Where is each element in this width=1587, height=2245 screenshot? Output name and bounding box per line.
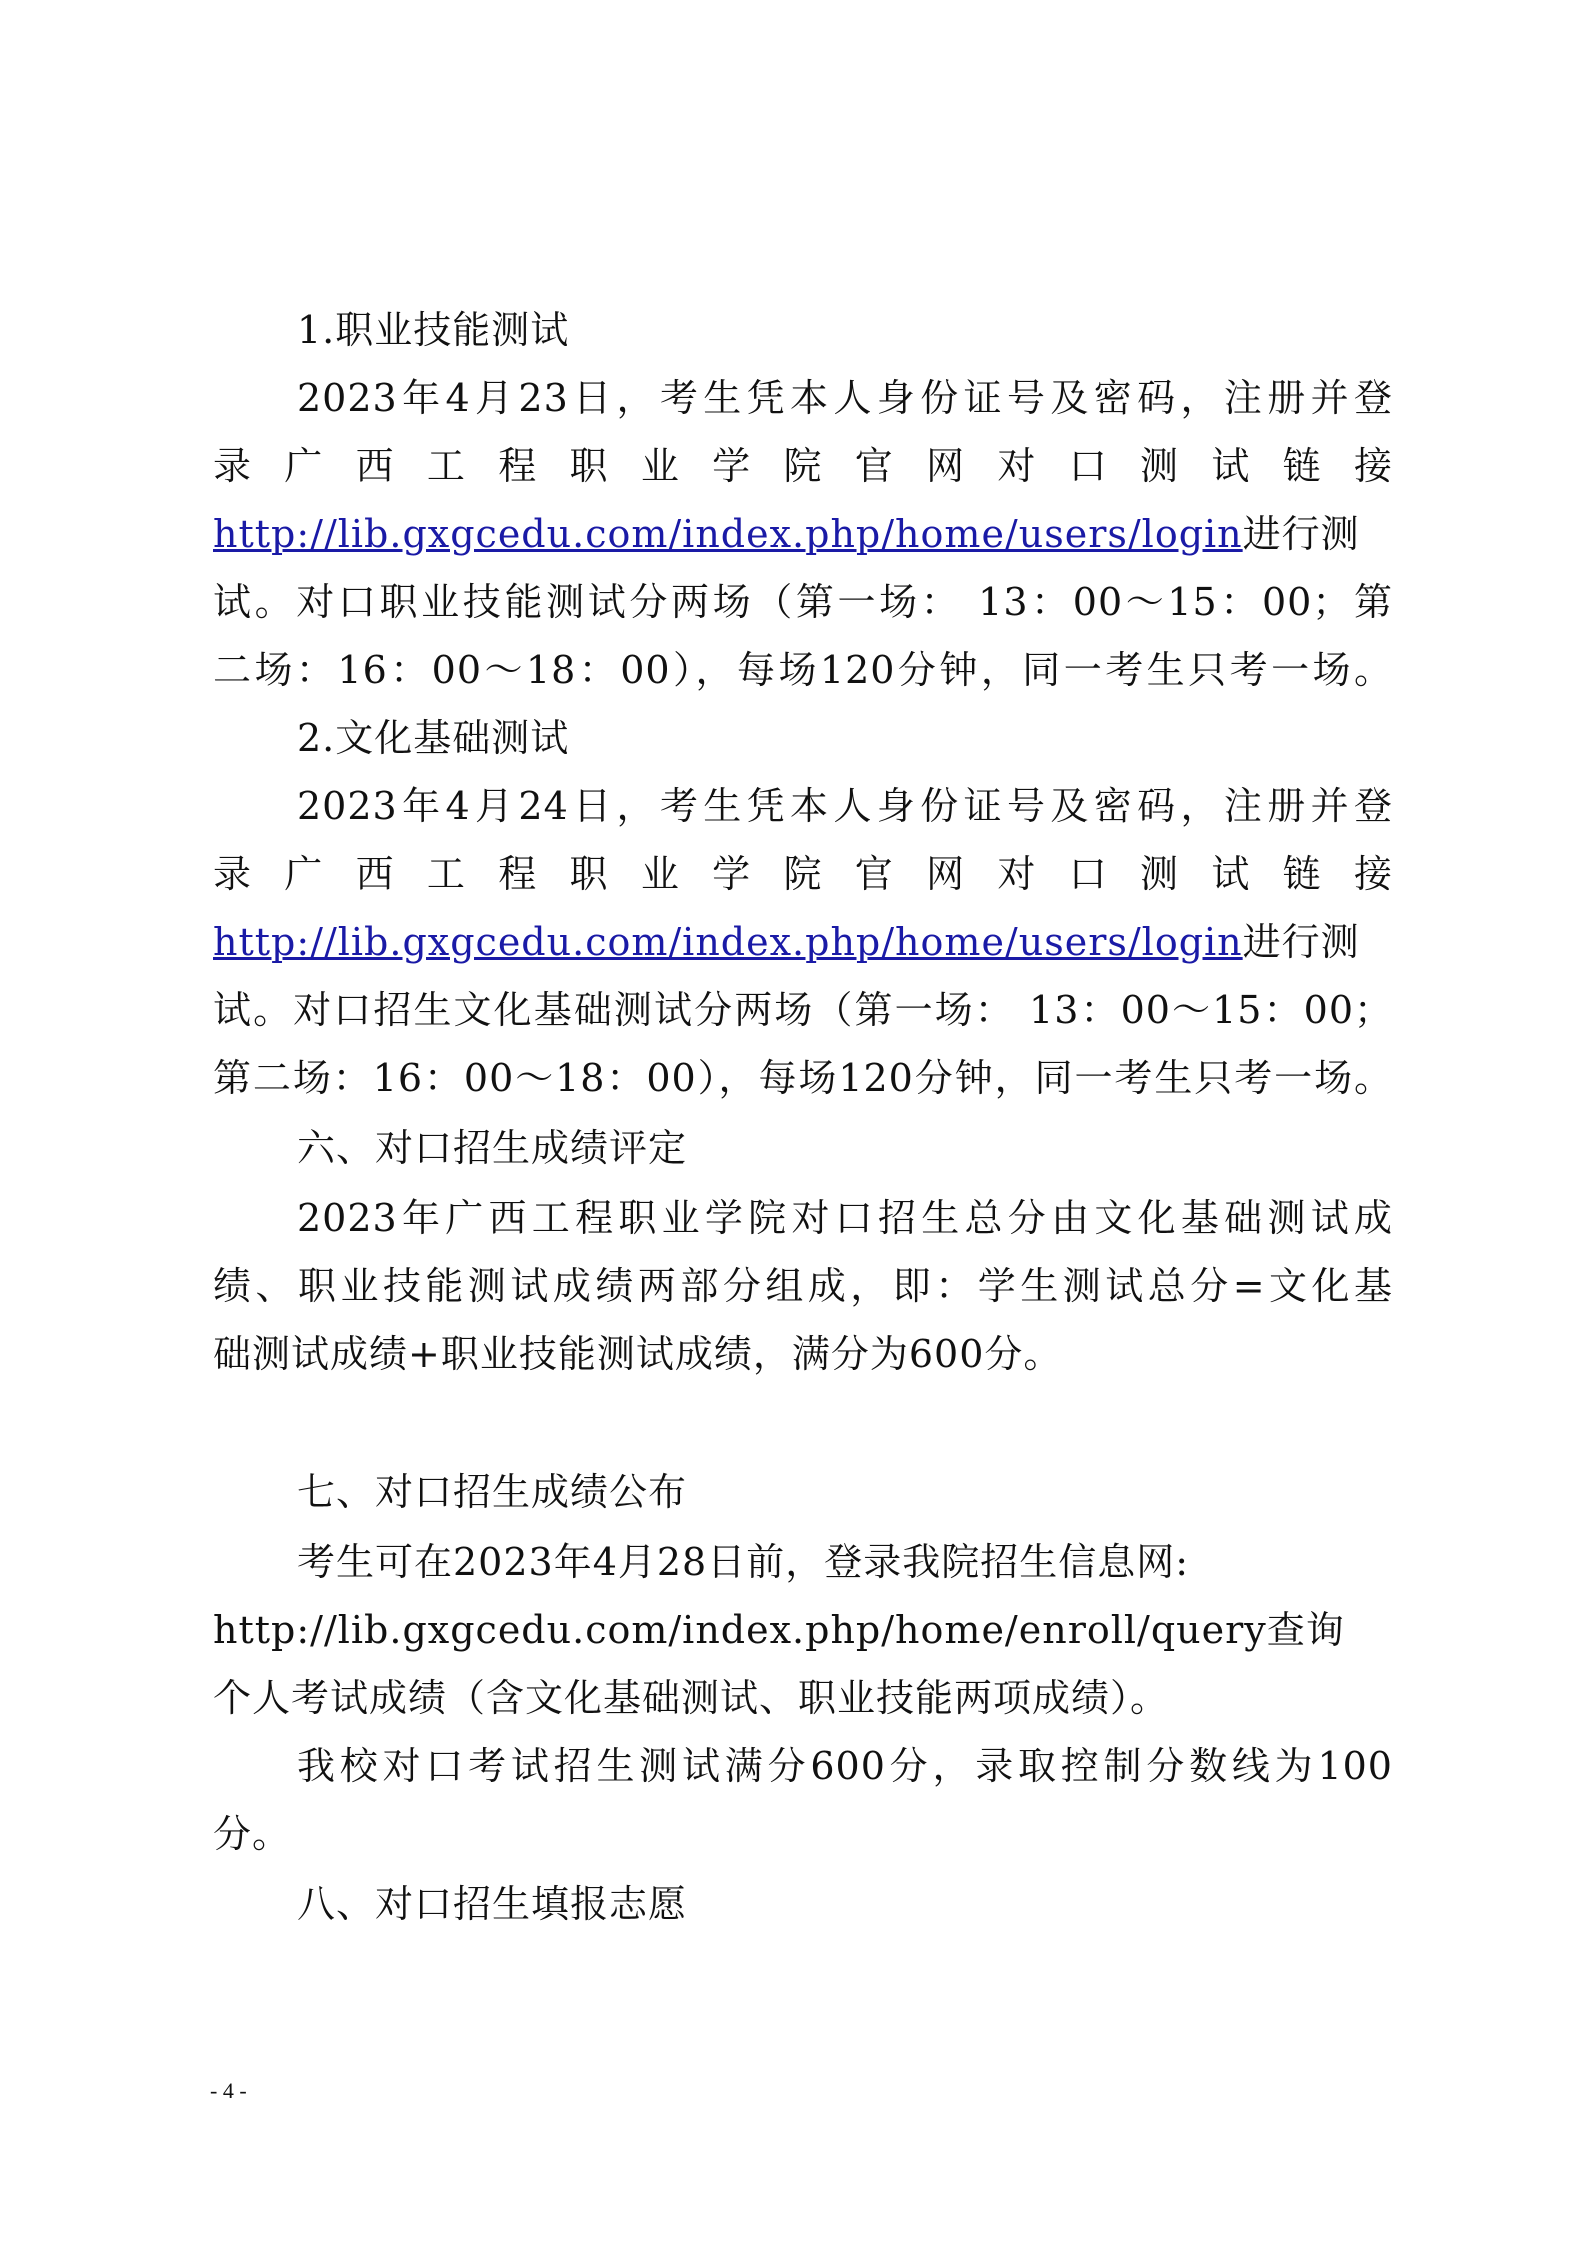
document-page: 1.职业技能测试 2023年4月23日，考生凭本人身份证号及密码，注册并登 录广… bbox=[0, 0, 1587, 2245]
paragraph-line: http://lib.gxgcedu.com/index.php/home/us… bbox=[213, 922, 1393, 962]
paragraph-line: 二场：16：00～18：00），每场120分钟，同一考生只考一场。 bbox=[213, 650, 1393, 690]
text: 2023年4月24日，考生凭本人身份证号及密码，注册并登 bbox=[297, 786, 1393, 826]
paragraph-line: 录广西工程职业学院官网对口测试链接 bbox=[213, 446, 1393, 486]
subsection-title-culture-test: 2.文化基础测试 bbox=[297, 718, 1477, 758]
query-url[interactable]: http://lib.gxgcedu.com/index.php/home/en… bbox=[213, 1608, 1267, 1652]
paragraph-line: 个人考试成绩（含文化基础测试、职业技能两项成绩）。 bbox=[213, 1678, 1393, 1718]
paragraph-line: 础测试成绩+职业技能测试成绩，满分为600分。 bbox=[213, 1334, 1393, 1374]
paragraph-line: 绩、职业技能测试成绩两部分组成，即：学生测试总分=文化基 bbox=[213, 1266, 1393, 1306]
paragraph-line: 2023年4月24日，考生凭本人身份证号及密码，注册并登 bbox=[297, 786, 1393, 826]
subsection-title-skill-test: 1.职业技能测试 bbox=[297, 310, 1477, 350]
login-link[interactable]: http://lib.gxgcedu.com/index.php/home/us… bbox=[213, 512, 1243, 556]
paragraph-line: http://lib.gxgcedu.com/index.php/home/en… bbox=[213, 1610, 1393, 1650]
paragraph-line: 2023年4月23日，考生凭本人身份证号及密码，注册并登 bbox=[297, 378, 1393, 418]
section-heading-score-publish: 七、对口招生成绩公布 bbox=[297, 1472, 1477, 1512]
text: 我校对口考试招生测试满分600分，录取控制分数线为100 bbox=[297, 1746, 1393, 1786]
paragraph-line: 试。对口招生文化基础测试分两场（第一场： 13：00～15：00； bbox=[213, 990, 1393, 1030]
paragraph-line: 分。 bbox=[213, 1814, 1393, 1854]
login-link[interactable]: http://lib.gxgcedu.com/index.php/home/us… bbox=[213, 920, 1243, 964]
page-number: - 4 - bbox=[210, 2078, 247, 2104]
paragraph-line: 考生可在2023年4月28日前，登录我院招生信息网: bbox=[297, 1542, 1477, 1582]
paragraph-line: 试。对口职业技能测试分两场（第一场： 13：00～15：00；第 bbox=[213, 582, 1393, 622]
paragraph-line: 录广西工程职业学院官网对口测试链接 bbox=[213, 854, 1393, 894]
text: 2023年4月23日，考生凭本人身份证号及密码，注册并登 bbox=[297, 378, 1393, 418]
text: 进行测 bbox=[1243, 920, 1360, 964]
text: 查询 bbox=[1267, 1608, 1345, 1652]
text: 2023年广西工程职业学院对口招生总分由文化基础测试成 bbox=[297, 1198, 1393, 1238]
paragraph-line: 第二场：16：00～18：00），每场120分钟，同一考生只考一场。 bbox=[213, 1058, 1393, 1098]
section-heading-application: 八、对口招生填报志愿 bbox=[297, 1884, 1477, 1924]
paragraph-line: http://lib.gxgcedu.com/index.php/home/us… bbox=[213, 514, 1393, 554]
paragraph-line: 我校对口考试招生测试满分600分，录取控制分数线为100 bbox=[297, 1746, 1393, 1786]
paragraph-line: 2023年广西工程职业学院对口招生总分由文化基础测试成 bbox=[297, 1198, 1393, 1238]
text: 进行测 bbox=[1243, 512, 1360, 556]
section-heading-score-evaluation: 六、对口招生成绩评定 bbox=[297, 1128, 1477, 1168]
